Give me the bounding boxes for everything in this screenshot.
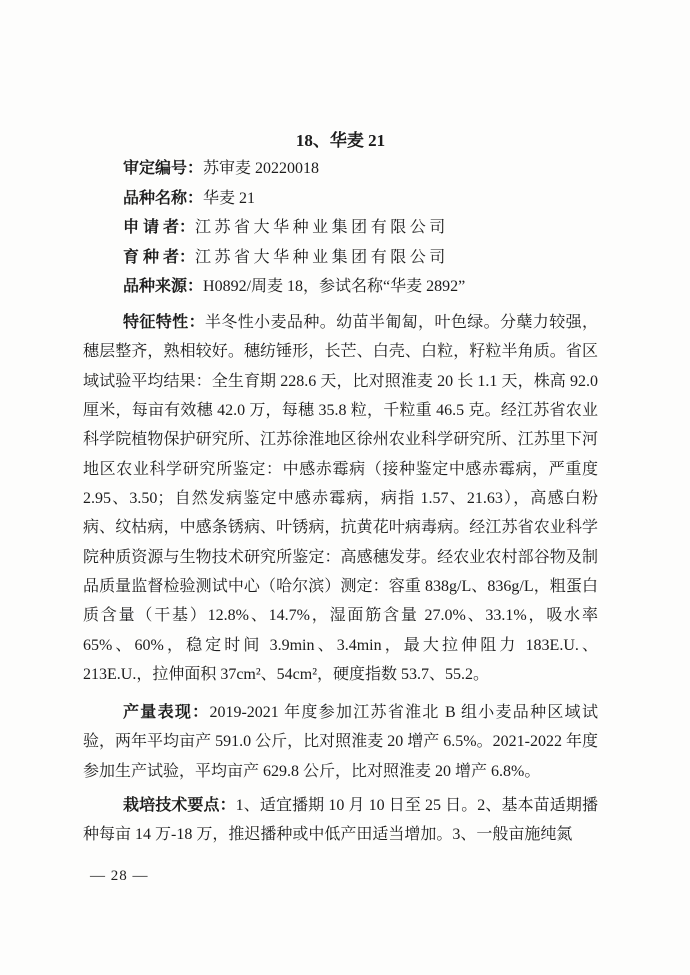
paragraph-text: 半冬性小麦品种。幼苗半匍匐，叶色绿。分蘖力较强，穗层整齐，熟相较好。穗纺锤形，长… [83, 314, 598, 683]
page-number: — 28 — [90, 866, 149, 886]
info-row-applicant: 申 请 者：江苏省大华种业集团有限公司 [83, 213, 598, 243]
info-value: 江苏省大华种业集团有限公司 [195, 219, 449, 236]
document-page: 18、华麦 21 审定编号：苏审麦 20220018 品种名称：华麦 21 申 … [0, 0, 690, 975]
paragraph-yield-performance: 产量表现：2019-2021 年度参加江苏省淮北 B 组小麦品种区域试验，两年平… [83, 698, 598, 787]
paragraph-label: 特征特性： [123, 314, 205, 331]
info-value: 华麦 21 [203, 190, 255, 207]
info-value: H0892/周麦 18，参试名称“华麦 2892” [203, 278, 465, 295]
paragraph-label: 产量表现： [123, 704, 209, 721]
info-label: 审定编号： [123, 160, 203, 177]
variety-info-block: 审定编号：苏审麦 20220018 品种名称：华麦 21 申 请 者：江苏省大华… [83, 154, 598, 302]
page-title: 18、华麦 21 [83, 130, 598, 152]
info-label: 申 请 者： [123, 219, 195, 236]
info-row-variety-name: 品种名称：华麦 21 [83, 184, 598, 214]
info-value: 苏审麦 20220018 [203, 160, 319, 177]
paragraph-cultivation-techniques: 栽培技术要点：1、适宜播期 10 月 10 日至 25 日。2、基本苗适期播种每… [83, 791, 598, 851]
info-label: 品种来源： [123, 278, 203, 295]
info-row-breeder: 育 种 者：江苏省大华种业集团有限公司 [83, 243, 598, 273]
paragraph-label: 栽培技术要点： [123, 797, 236, 814]
info-value: 江苏省大华种业集团有限公司 [195, 249, 449, 266]
info-row-variety-origin: 品种来源：H0892/周麦 18，参试名称“华麦 2892” [83, 272, 598, 302]
paragraph-characteristics: 特征特性：半冬性小麦品种。幼苗半匍匐，叶色绿。分蘖力较强，穗层整齐，熟相较好。穗… [83, 308, 598, 691]
info-row-approval-number: 审定编号：苏审麦 20220018 [83, 154, 598, 184]
info-label: 品种名称： [123, 190, 203, 207]
info-label: 育 种 者： [123, 249, 195, 266]
